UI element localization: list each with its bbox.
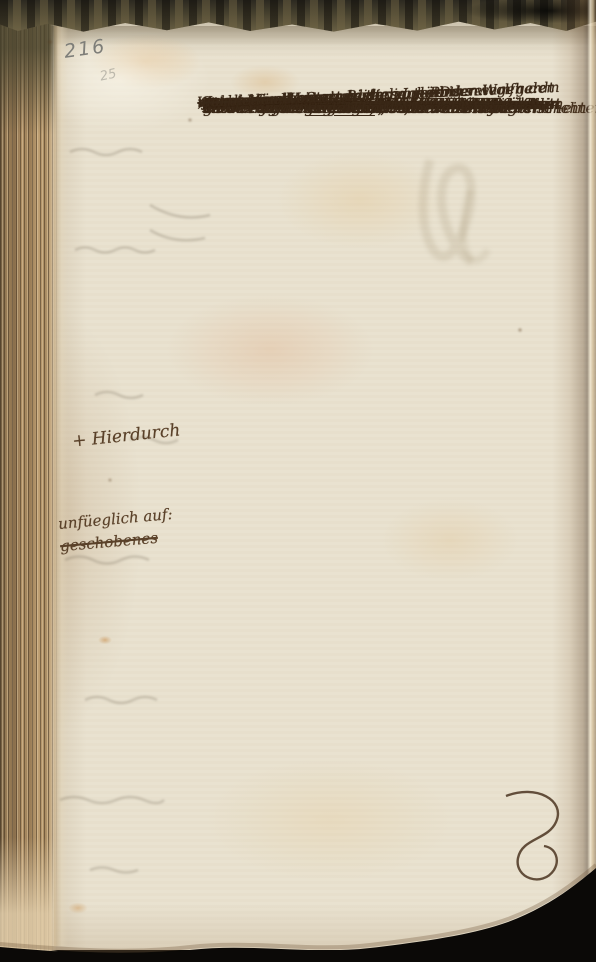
manuscript-page	[30, 20, 596, 950]
manuscript-scan: 216 25 einfallende Liecht zimblich gesch…	[0, 0, 596, 962]
book-edge-left	[0, 0, 58, 962]
